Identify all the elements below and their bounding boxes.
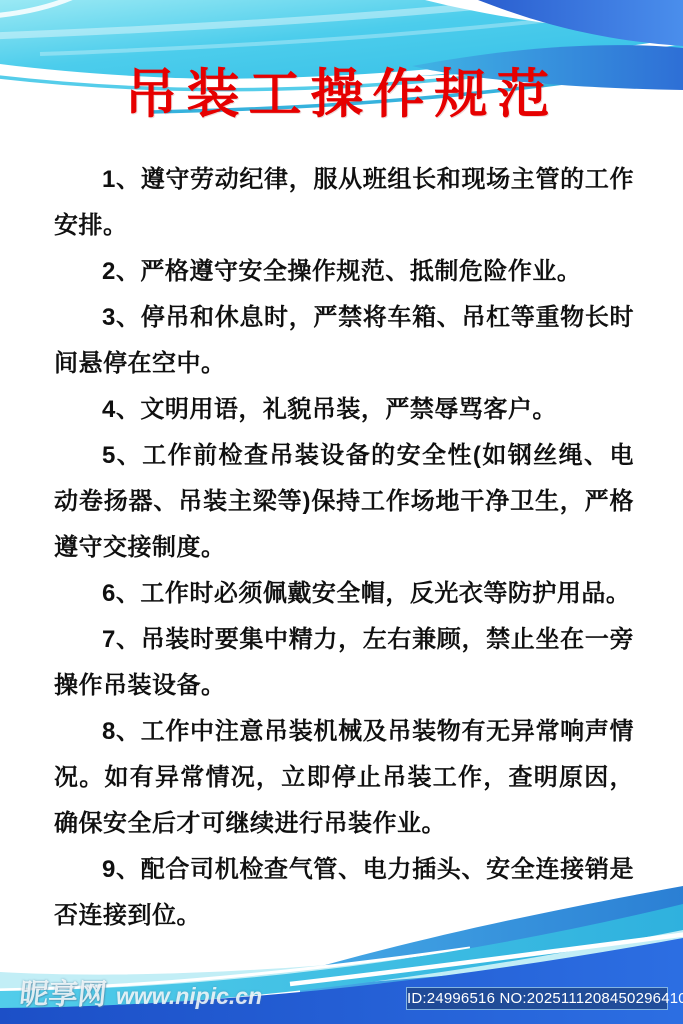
safety-poster: { "poster": { "title": "吊装工操作规范", "rules…: [0, 0, 683, 1024]
watermark: 昵享网 www.nipic.cn: [20, 972, 262, 1013]
rule-item-4: 4、文明用语，礼貌吊装，严禁辱骂客户。: [54, 387, 634, 433]
page-title: 吊装工操作规范: [0, 62, 683, 128]
rule-item-5: 5、工作前检查吊装设备的安全性(如钢丝绳、电动卷扬器、吊装主梁等)保持工作场地干…: [54, 433, 634, 571]
rule-item-7: 7、吊装时要集中精力，左右兼顾，禁止坐在一旁操作吊装设备。: [54, 617, 634, 709]
rules-list: 1、遵守劳动纪律，服从班组长和现场主管的工作安排。 2、严格遵守安全操作规范、抵…: [54, 157, 634, 939]
rule-item-2: 2、严格遵守安全操作规范、抵制危险作业。: [54, 249, 634, 295]
rule-item-1: 1、遵守劳动纪律，服从班组长和现场主管的工作安排。: [54, 157, 634, 249]
rule-item-6: 6、工作时必须佩戴安全帽，反光衣等防护用品。: [54, 571, 634, 617]
rule-item-9: 9、配合司机检查气管、电力插头、安全连接销是否连接到位。: [54, 847, 634, 939]
watermark-site-name: 昵享网: [18, 972, 109, 1013]
image-id-badge: ID:24996516 NO:20251112084502964100: [406, 987, 668, 1010]
watermark-url: www.nipic.cn: [116, 983, 262, 1010]
rule-item-8: 8、工作中注意吊装机械及吊装物有无异常响声情况。如有异常情况，立即停止吊装工作，…: [54, 709, 634, 847]
rule-item-3: 3、停吊和休息时，严禁将车箱、吊杠等重物长时间悬停在空中。: [54, 295, 634, 387]
